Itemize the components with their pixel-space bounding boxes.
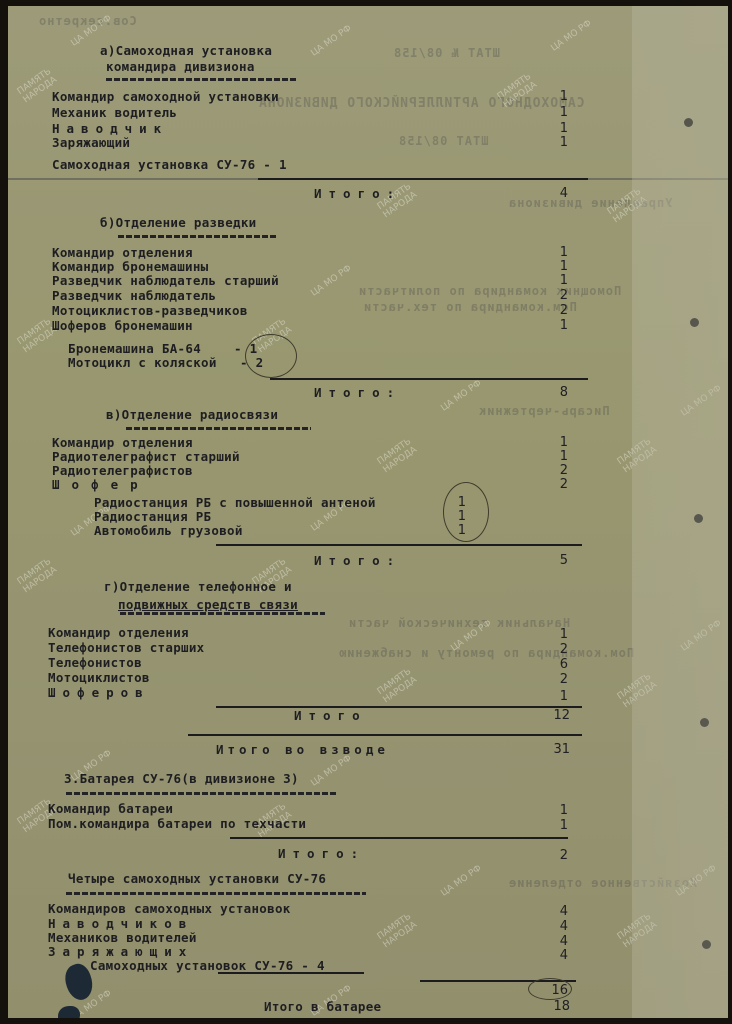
equipment-line: Бронемашина БА-64 [68,342,201,356]
double-underline [118,235,278,238]
row-value: 2 [548,478,568,492]
equipment-line: Радиостанция РБ с повышенной антеной [94,496,376,510]
row-value: 1 [548,628,568,642]
total-value: 5 [548,554,568,568]
row-value: 1 [548,106,568,120]
section-a-title: а)Самоходная установка [100,44,272,58]
hand-drawn-circle [528,978,572,1000]
bleed-through-text: Пом.командира по ремонту и снабжению [338,646,634,660]
total-rule [216,706,582,708]
bleed-through-text: Писарь-чертежник [478,404,610,418]
equipment-line: Самоходная установка СУ-76 - 1 [52,158,287,172]
row-value: 1 [548,246,568,260]
ink-blot [58,1006,80,1018]
total-label: Итого: [314,187,401,201]
platoon-total-label: Итого во взводе [216,743,389,757]
watermark-archive: ЦА МО РФ [679,383,723,418]
row-label: Командир отделения [48,626,189,640]
row-label: Командир самоходной установки [52,90,279,104]
row-label: Командир отделения [52,246,193,260]
bleed-through-text: Управление дивизиона [508,196,673,210]
total-rule [270,378,588,380]
double-underline [126,427,311,430]
row-label: Механик водитель [52,106,177,120]
total-value: 4 [548,187,568,201]
row-label: Наводчиков [48,917,193,931]
equipment-line: Автомобиль грузовой [94,524,243,538]
row-value: 1 [548,690,568,704]
total-label: Итого: [314,554,401,568]
bleed-through-text: Пом.командира по тех.части [363,300,577,314]
row-label: Шофер [52,478,150,492]
row-value: 2 [548,464,568,478]
row-value: 2 [548,643,568,657]
row-value: 2 [548,289,568,303]
binder-hole [694,514,703,523]
row-label: Разведчик наблюдатель старший [52,274,279,288]
row-label: Телефонистов [48,656,142,670]
total-rule [230,837,568,839]
watermark-archive: ЦА МО РФ [439,378,483,413]
row-value: 6 [548,658,568,672]
row-value: 1 [548,436,568,450]
row-label: Телефонистов старших [48,641,205,655]
total-rule [188,734,582,736]
row-value: 1 [548,819,568,833]
watermark-project: ПАМЯТЬНАРОДА [616,437,659,476]
row-label: Командир бронемашины [52,260,209,274]
hand-drawn-circle [443,482,489,542]
watermark-project: ПАМЯТЬНАРОДА [606,187,649,226]
platoon-total-value: 31 [550,743,570,757]
equipment-line: Самоходных установок СУ-76 - 4 [90,959,325,973]
binder-hole [700,718,709,727]
bleed-through-text: САМОХОДНОГО АРТИЛЛЕРИЙСКОГО ДИВИЗИОНА [258,96,585,111]
watermark-project: ПАМЯТЬНАРОДА [376,667,419,706]
total-label: Итого [294,709,367,723]
bleed-through-text: ШТАТ № 08/158 [393,46,500,60]
watermark-project: ПАМЯТЬНАРОДА [16,557,59,596]
double-underline [66,892,366,895]
battery-total-label: Итого в батарее [264,1000,381,1014]
row-value: 1 [548,274,568,288]
bleed-through-text: Сов.секретно [38,14,137,28]
bleed-through-text: Хозяйственное отделение [508,876,697,890]
double-underline [120,612,325,615]
row-value: 4 [548,905,568,919]
archival-document-page: Сов.секретно ШТАТ № 08/158 САМОХОДНОГО А… [8,6,728,1018]
row-value: 2 [548,304,568,318]
watermark-archive: ЦА МО РФ [439,863,483,898]
underline [218,972,364,974]
watermark-archive: ЦА МО РФ [309,23,353,58]
row-label: Радиотелеграфистов [52,464,193,478]
section-d-subtitle: подвижных средств связи [118,598,298,612]
equipment-line: Радиостанция РБ [94,510,211,524]
watermark-archive: ЦА МО РФ [309,753,353,788]
row-label: Механиков водителей [48,931,197,945]
double-underline [106,78,296,81]
total-value: 12 [550,709,570,723]
row-value: 1 [548,90,568,104]
watermark-project: ПАМЯТЬНАРОДА [616,672,659,711]
total-label: Итого: [278,847,365,861]
total-label: Итого: [314,386,401,400]
watermark-archive: ЦА МО РФ [679,618,723,653]
row-label: Заряжающих [48,945,193,959]
section-b-title: б)Отделение разведки [100,216,257,230]
watermark-archive: ЦА МО РФ [309,263,353,298]
bleed-through-text: Начальник технической части [348,616,570,630]
binder-hole [690,318,699,327]
row-label: Мотоциклистов [48,671,150,685]
row-value: 4 [548,920,568,934]
section-a-subtitle: командира дивизиона [106,60,255,74]
watermark-project: ПАМЯТЬНАРОДА [616,912,659,951]
total-value: 8 [548,386,568,400]
equipment-line: Мотоцикл с коляской [68,356,217,370]
hand-drawn-circle [245,334,297,378]
total-rule [216,544,582,546]
row-value: 1 [548,122,568,136]
section-c-title: в)Отделение радиосвязи [106,408,278,422]
row-label: Пом.командира батареи по техчасти [48,817,306,831]
watermark-archive: ЦА МО РФ [674,863,718,898]
row-label: Командир батареи [48,802,173,816]
battery-total-value: 18 [550,1000,570,1014]
row-label: Командиров самоходных установок [48,902,291,916]
four-su-title: Четыре самоходных установки СУ-76 [68,872,326,886]
row-value: 1 [548,260,568,274]
bleed-through-text: ШТАТ 08/158 [398,134,488,148]
row-label: Заряжающий [52,136,130,150]
binder-hole [684,118,693,127]
total-rule [258,178,588,180]
row-value: 4 [548,949,568,963]
watermark-archive: ЦА МО РФ [549,18,593,53]
row-value: 4 [548,935,568,949]
row-value: 1 [548,319,568,333]
row-label: Шоферов [48,686,150,700]
section-d-title: г)Отделение телефонное и [104,580,292,594]
row-label: Мотоциклистов-разведчиков [52,304,248,318]
row-label: Радиотелеграфист старший [52,450,240,464]
battery-title: 3.Батарея СУ-76(в дивизионе 3) [64,772,299,786]
row-value: 2 [548,673,568,687]
double-underline [66,792,336,795]
binder-hole [702,940,711,949]
row-label: Разведчик наблюдатель [52,289,216,303]
row-value: 1 [548,450,568,464]
watermark-project: ПАМЯТЬНАРОДА [376,912,419,951]
row-label: Шоферов бронемашин [52,319,193,333]
row-value: 1 [548,136,568,150]
row-value: 1 [548,804,568,818]
row-label: Командир отделения [52,436,193,450]
total-value: 2 [548,849,568,863]
row-label: Наводчик [52,122,168,136]
watermark-project: ПАМЯТЬНАРОДА [376,437,419,476]
bleed-through-text: Помощник командира по политчасти [358,284,621,298]
